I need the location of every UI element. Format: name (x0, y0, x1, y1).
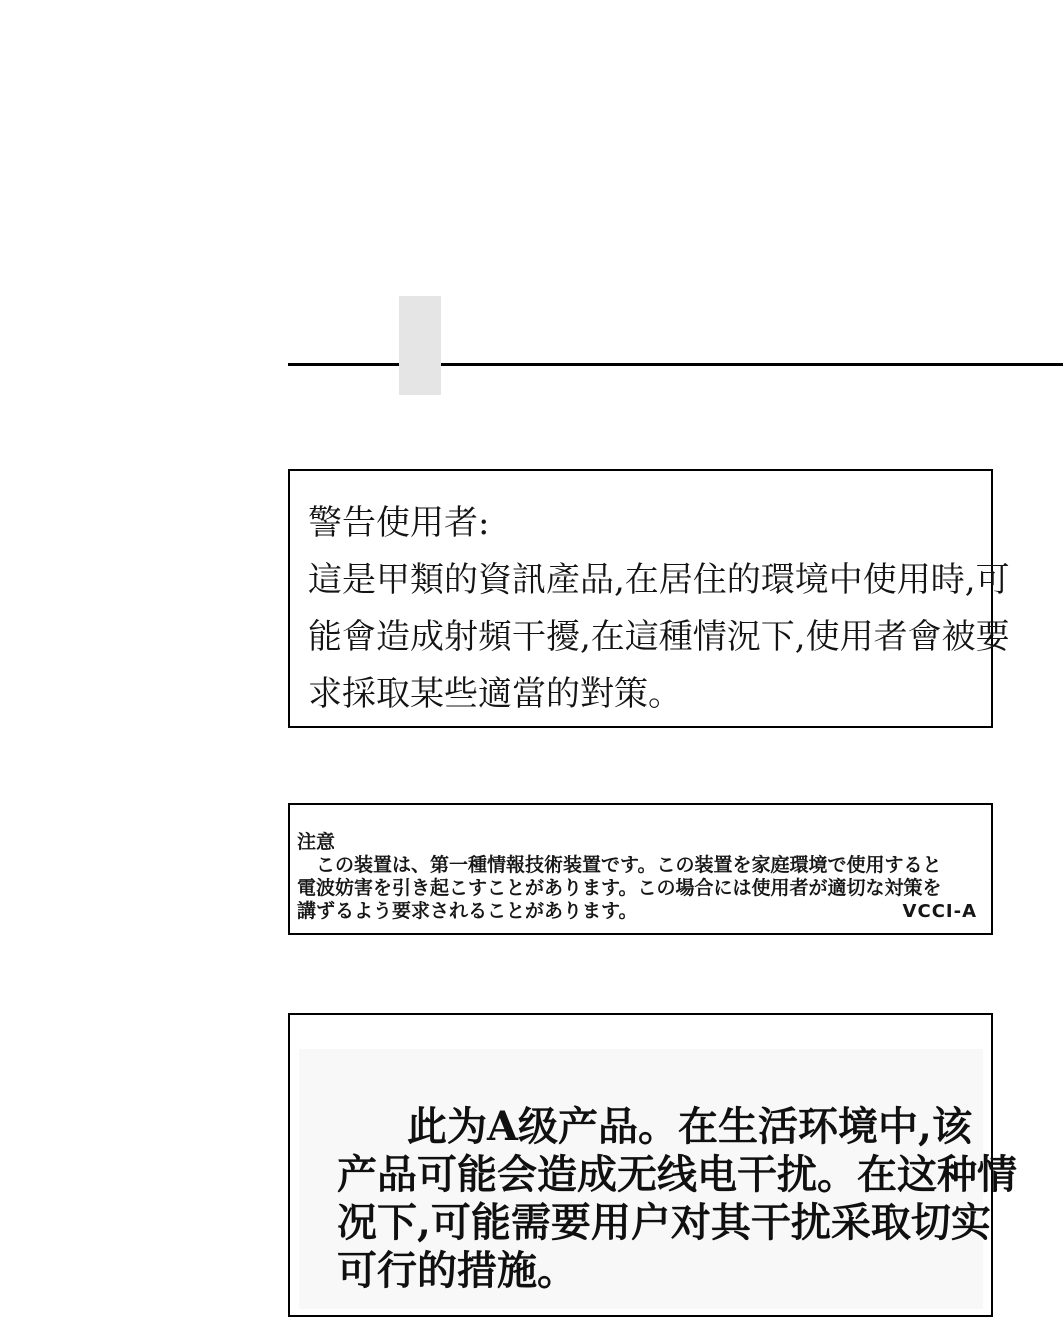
china-notice-line-1: 此为A级产品。在生活环境中,该 (337, 1103, 965, 1151)
taiwan-warning-line-2: 這是甲類的資訊產品,在居住的環境中使用時,可 (308, 552, 979, 609)
japan-vcci-notice-box: 注意 この装置は、第一種情報技術装置です。この装置を家庭環境で使用すると 電波妨… (288, 803, 993, 935)
china-notice-line-2: 产品可能会造成无线电干扰。在这种情 (337, 1151, 965, 1199)
china-notice-line-4: 可行的措施。 (337, 1247, 965, 1295)
japan-notice-line-1: この装置は、第一種情報技術装置です。この装置を家庭環境で使用すると (297, 854, 977, 877)
taiwan-class-a-warning-box: 警告使用者: 這是甲類的資訊產品,在居住的環境中使用時,可 能會造成射頻干擾,在… (288, 469, 993, 728)
japan-notice-line-3: 講ずるよう要求されることがあります。 VCCI-A (297, 900, 977, 923)
japan-notice-title: 注意 (297, 831, 977, 854)
document-page: 警告使用者: 這是甲類的資訊產品,在居住的環境中使用時,可 能會造成射頻干擾,在… (0, 0, 1063, 1317)
taiwan-warning-line-3: 能會造成射頻干擾,在這種情況下,使用者會被要 (308, 609, 979, 666)
taiwan-warning-line-4: 求採取某些適當的對策。 (308, 666, 979, 723)
vcci-class-label: VCCI-A (903, 900, 977, 923)
taiwan-warning-line-1: 警告使用者: (308, 495, 979, 552)
china-class-a-notice-box: 此为A级产品。在生活环境中,该 产品可能会造成无线电干扰。在这种情 况下,可能需… (288, 1013, 993, 1317)
china-notice-line-3: 况下,可能需要用户对其干扰采取切实 (337, 1199, 965, 1247)
chapter-tab-marker (399, 296, 441, 395)
china-notice-text: 此为A级产品。在生活环境中,该 产品可能会造成无线电干扰。在这种情 况下,可能需… (337, 1103, 965, 1295)
japan-notice-line-3-text: 講ずるよう要求されることがあります。 (297, 900, 637, 923)
japan-notice-line-2: 電波妨害を引き起こすことがあります。この場合には使用者が適切な対策を (297, 877, 977, 900)
